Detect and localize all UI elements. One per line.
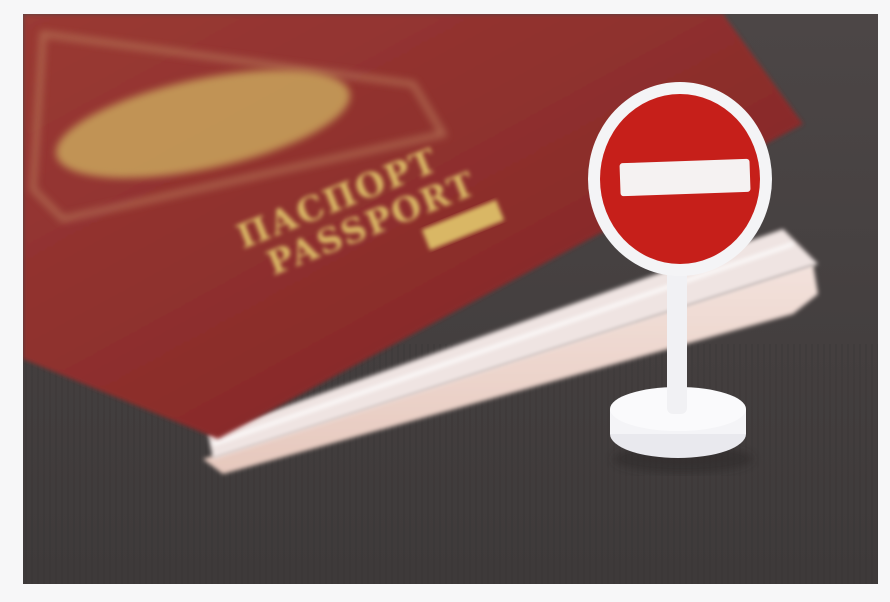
no-entry-bar-icon (619, 159, 750, 197)
photo-illustration: ПАСПОРТ PASSPORT (23, 14, 878, 584)
photo: ПАСПОРТ PASSPORT (23, 14, 878, 584)
